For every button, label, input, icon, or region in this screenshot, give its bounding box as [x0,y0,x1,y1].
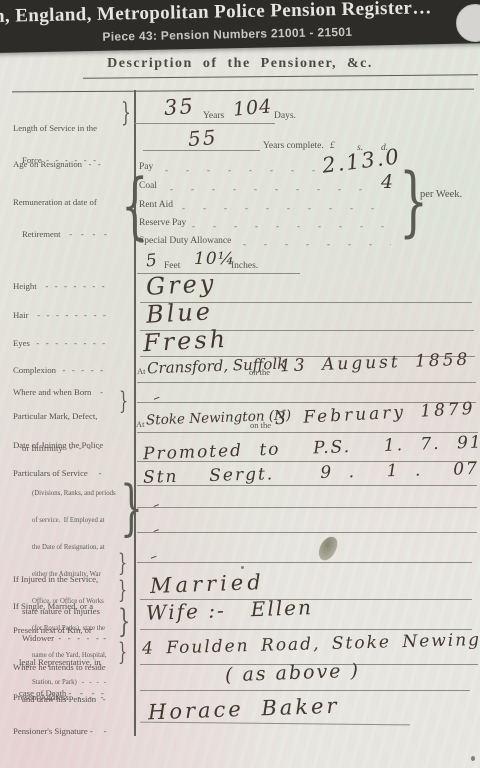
entry-line [137,532,477,533]
money-label-pay: Pay [139,162,153,173]
joined-date-value: 3 February 1879 [275,399,476,429]
dot-leader [182,202,390,214]
label-brace: } [118,551,127,575]
entry-line [143,150,260,151]
height-inches-value: 10¼ [194,249,235,269]
signature-value: Horace Baker [148,694,340,725]
entry-line [137,507,477,508]
money-label-coal: Coal [139,181,157,192]
dot-leader [170,183,365,195]
form-heading: Description of the Pensioner, &c. [0,56,480,72]
kin-value: Wife :- Ellen [146,595,314,625]
ink-blot [316,534,340,563]
table-top-rule [12,89,474,93]
label-brace: } [118,640,127,664]
entry-line [135,123,275,124]
screen: Description of the Pensioner, &c. Length… [0,0,480,768]
mark-value: – [150,389,162,406]
marital-value: Married [150,570,265,598]
label-brace: } [118,604,130,638]
height-feet-value: 5 [145,250,158,271]
age-unit: Years complete. [263,141,324,152]
money-label-rent-aid: Rent Aid [139,200,173,211]
ink-speck [241,566,244,569]
service-years-value: 35 [163,94,195,120]
blank-entry-tick: – [150,497,162,513]
label-brace: } [118,578,127,602]
years-unit: Years [203,111,224,122]
label-remuneration: Remuneration at date of Retirement - - -… [13,176,133,260]
present-address-value: ( as above ) [225,660,361,687]
label-brace: } [120,470,143,546]
joined-at-label: At [136,419,145,430]
reside-value: 4 Foulden Road, Stoke Newington [142,629,480,659]
entry-line [140,690,470,691]
heading-underline [83,74,478,78]
age-value: 55 [187,125,218,151]
entry-line [137,382,476,383]
currency-pounds: £ [330,141,335,152]
injured-value: – [147,548,159,565]
born-at-label: At [137,366,146,377]
money-right-brace: } [399,153,428,248]
entry-line [137,485,477,486]
entry-line [137,562,472,563]
label-brace: } [121,100,131,126]
label-brace: } [119,389,128,413]
hair-value: Grey [145,269,217,301]
service-days-value: 104 [232,95,273,120]
ink-speck [471,756,475,761]
money-label-special-duty: Special Duty Allowance [139,236,231,247]
days-unit: Days. [274,111,296,122]
joined-on-the-label: on the [250,420,271,431]
eyes-value: Blue [145,297,213,328]
document-page[interactable]: Description of the Pensioner, &c. Length… [0,0,480,768]
blank-entry-tick: – [150,522,162,538]
dot-leader [165,164,320,176]
label-pensioner-signature: Pensioner's Signature - - [13,705,133,758]
coal-value: 4 [381,171,393,193]
money-label-reserve-pay: Reserve Pay [139,218,186,229]
entry-line [140,629,472,630]
dot-leader [243,238,391,250]
complexion-value: Fresh [142,325,228,357]
born-on-the-label: on the [249,367,270,378]
entry-line [137,432,478,433]
per-week-label: per Week. [420,189,462,200]
service-line1-value: Promoted to P.S. 1. 7. 91 ; to [143,430,480,465]
inches-unit: Inches. [231,261,258,272]
dot-leader [192,220,392,232]
entry-line [140,722,410,726]
service-line2-value: Stn Sergt. 9 . 1 . 07 . [143,458,480,487]
born-date-value: 13 August 1858 [280,350,471,377]
